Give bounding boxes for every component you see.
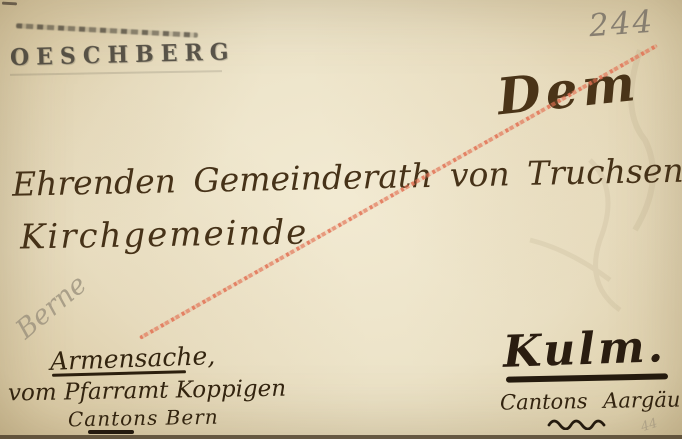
postmark-frame-smudge <box>16 23 198 38</box>
sender-note-line-2: vom Pfarramt Koppigen <box>8 376 287 407</box>
sender-note-line-3: Cantons Bern <box>68 405 219 432</box>
pencil-number: 244 <box>588 4 656 44</box>
destination-canton: Cantons Aargäu. <box>500 387 682 414</box>
postal-cover-scan: OESCHBERG 244 Dem Ehrenden Gemeinderath … <box>0 0 682 439</box>
postmark-stamp: OESCHBERG <box>6 24 238 76</box>
wavy-underline <box>546 416 616 430</box>
destination-place: Kulm. <box>502 321 667 378</box>
postmark-text: OESCHBERG <box>10 38 236 71</box>
postmark-frame-bottom <box>10 70 222 76</box>
sender-note-dash-underline <box>88 430 134 434</box>
address-line-2: Kirchgemeinde <box>20 212 309 257</box>
scan-bottom-edge <box>0 435 682 439</box>
